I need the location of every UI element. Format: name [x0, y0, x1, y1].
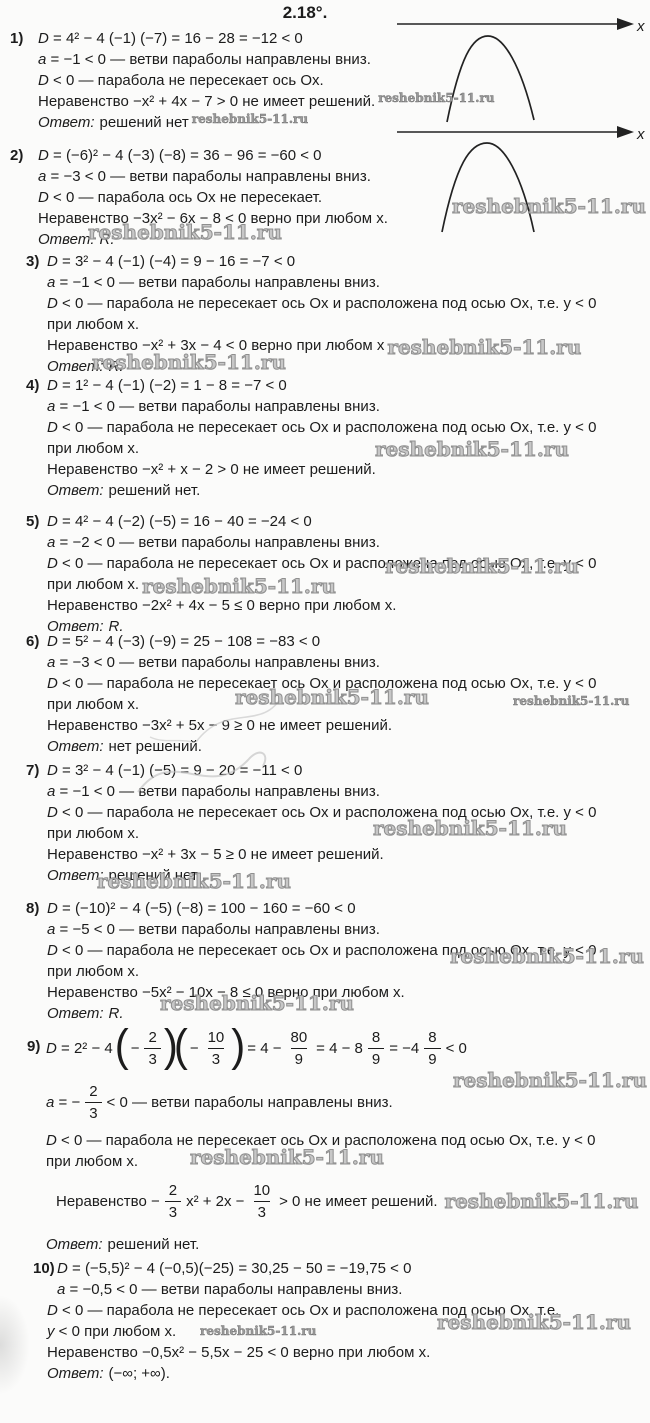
answer-text: нет решений.: [109, 738, 202, 755]
answer-label: Ответ:: [47, 1365, 104, 1382]
math-line: при любом x.: [47, 314, 650, 335]
answer-label: Ответ:: [47, 738, 104, 755]
scan-smudge: [0, 1295, 30, 1395]
math-line: D = 3² − 4 (−1) (−4) = 9 − 16 = −7 < 0: [47, 251, 650, 272]
math-line: D = (−5,5)² − 4 (−0,5)(−25) = 30,25 − 50…: [57, 1258, 650, 1279]
math-line: Неравенство −3x² + 5x − 9 ≥ 0 не имеет р…: [47, 715, 650, 736]
math-line: D < 0 — парабола не пересекает ось Ox и …: [47, 293, 650, 314]
watermark: reshebnik5-11.ru: [192, 112, 308, 126]
fraction: 23: [85, 1084, 101, 1121]
watermark: reshebnik5-11.ru: [92, 352, 286, 373]
big-paren: (: [174, 1028, 188, 1063]
answer-text: решений нет: [100, 114, 189, 131]
watermark: reshebnik5-11.ru: [387, 335, 581, 359]
answer-label: Ответ:: [47, 867, 104, 884]
item-number: 1): [10, 28, 23, 49]
answer-label: Ответ:: [46, 1236, 103, 1253]
watermark: reshebnik5-11.ru: [450, 946, 644, 967]
math-line: Неравенство −0,5x² − 5,5x − 25 < 0 верно…: [47, 1342, 650, 1363]
answer-line: Ответ:решений нет.: [46, 1234, 650, 1255]
fraction: 23: [165, 1183, 181, 1220]
math-line: Неравенство −x² + x − 2 > 0 не имеет реш…: [47, 459, 650, 480]
scanned-solutions-page: 2.18°. x x 1) D = 4² − 4 (−1) (−7) = 16 …: [0, 0, 650, 1423]
answer-text: R.: [109, 1005, 124, 1022]
watermark: reshebnik5-11.ru: [378, 91, 494, 105]
math-line: Неравенство −23x² + 2x −103> 0 не имеет …: [46, 1178, 650, 1224]
watermark: reshebnik5-11.ru: [453, 1070, 647, 1091]
item-number: 7): [26, 760, 39, 781]
fraction: 103: [249, 1183, 274, 1220]
math-line: Неравенство −x² + 3x − 5 ≥ 0 не имеет ре…: [47, 844, 650, 865]
math-line: D = 4² − 4 (−1) (−7) = 16 − 28 = −12 < 0: [38, 28, 650, 49]
answer-label: Ответ:: [38, 231, 95, 248]
watermark: reshebnik5-11.ru: [88, 222, 282, 243]
watermark: reshebnik5-11.ru: [375, 439, 569, 460]
math-line: a = −5 < 0 — ветви параболы направлены в…: [47, 919, 650, 940]
answer-label: Ответ:: [47, 1005, 104, 1022]
math-line: a = −0,5 < 0 — ветви параболы направлены…: [57, 1279, 650, 1300]
math-line: a = −2 < 0 — ветви параболы направлены в…: [47, 532, 650, 553]
item-number: 9): [27, 1036, 40, 1057]
math-line: a = −1 < 0 — ветви параболы направлены в…: [47, 781, 650, 802]
answer-text: решений нет.: [109, 482, 201, 499]
math-line: D = 5² − 4 (−3) (−9) = 25 − 108 = −83 < …: [47, 631, 650, 652]
solution-item-1: 1) D = 4² − 4 (−1) (−7) = 16 − 28 = −12 …: [0, 28, 650, 133]
watermark: reshebnik5-11.ru: [437, 1312, 631, 1333]
answer-line: Ответ:(−∞; +∞).: [47, 1363, 650, 1384]
item-number: 4): [26, 375, 39, 396]
math-line: D < 0 — парабола не пересекает ось Ox и …: [47, 417, 650, 438]
watermark: reshebnik5-11.ru: [452, 196, 646, 217]
answer-line: Ответ:решений нетreshebnik5-11.ru: [38, 112, 650, 133]
math-line: a = −1 < 0 — ветви параболы направлены в…: [47, 272, 650, 293]
math-line: a = −1 < 0 — ветви параболы направлены в…: [47, 396, 650, 417]
fraction: 103: [204, 1030, 229, 1067]
math-line: D = 1² − 4 (−1) (−2) = 1 − 8 = −7 < 0: [47, 375, 650, 396]
item-number: 8): [26, 898, 39, 919]
math-line: D < 0 — парабола не пересекает ось Ox.: [38, 70, 650, 91]
big-paren: (: [115, 1028, 129, 1063]
answer-text: решений нет.: [108, 1236, 200, 1253]
watermark: reshebnik5-11.ru: [373, 818, 567, 839]
item-number: 5): [26, 511, 39, 532]
watermark: reshebnik5-11.ru: [513, 691, 629, 712]
math-line: D = 3² − 4 (−1) (−5) = 9 − 20 = −11 < 0: [47, 760, 650, 781]
math-line: Неравенство −2x² + 4x − 5 ≤ 0 верно при …: [47, 595, 650, 616]
watermark: reshebnik5-11.ru: [97, 871, 291, 892]
answer-line: Ответ:решений нет.: [47, 480, 650, 501]
math-line: D = 2² − 4(−23)(−103) = 4 −809 = 4 − 889…: [46, 1022, 650, 1074]
item-number: 2): [10, 145, 23, 166]
watermark: reshebnik5-11.ru: [235, 687, 429, 708]
watermark: reshebnik5-11.ru: [160, 993, 354, 1014]
answer-text: (−∞; +∞).: [109, 1365, 170, 1382]
answer-label: Ответ:: [47, 482, 104, 499]
fraction: 809: [286, 1030, 311, 1067]
fraction: 89: [424, 1030, 440, 1067]
item-number: 3): [26, 251, 39, 272]
math-line: D = 4² − 4 (−2) (−5) = 16 − 40 = −24 < 0: [47, 511, 650, 532]
math-line: D = (−10)² − 4 (−5) (−8) = 100 − 160 = −…: [47, 898, 650, 919]
watermark: reshebnik5-11.ru: [190, 1147, 384, 1168]
fraction: 89: [368, 1030, 384, 1067]
answer-line: Ответ:нет решений.: [47, 736, 650, 757]
math-line: Неравенство −x² + 4x − 7 > 0 не имеет ре…: [38, 91, 650, 112]
big-paren: ): [231, 1028, 245, 1063]
math-line: a = −1 < 0 — ветви параболы направлены в…: [38, 49, 650, 70]
watermark: reshebnik5-11.ru: [200, 1321, 316, 1342]
answer-label: Ответ:: [38, 114, 95, 131]
watermark: reshebnik5-11.ru: [385, 556, 579, 577]
fraction: 23: [144, 1030, 160, 1067]
math-line: D = (−6)² − 4 (−3) (−8) = 36 − 96 = −60 …: [38, 145, 650, 166]
math-line: a = −3 < 0 — ветви параболы направлены в…: [38, 166, 650, 187]
solution-item-9: 9) D = 2² − 4(−23)(−103) = 4 −809 = 4 − …: [0, 1022, 650, 1255]
math-line: a = −3 < 0 — ветви параболы направлены в…: [47, 652, 650, 673]
item-number: 10): [33, 1258, 55, 1279]
item-number: 6): [26, 631, 39, 652]
